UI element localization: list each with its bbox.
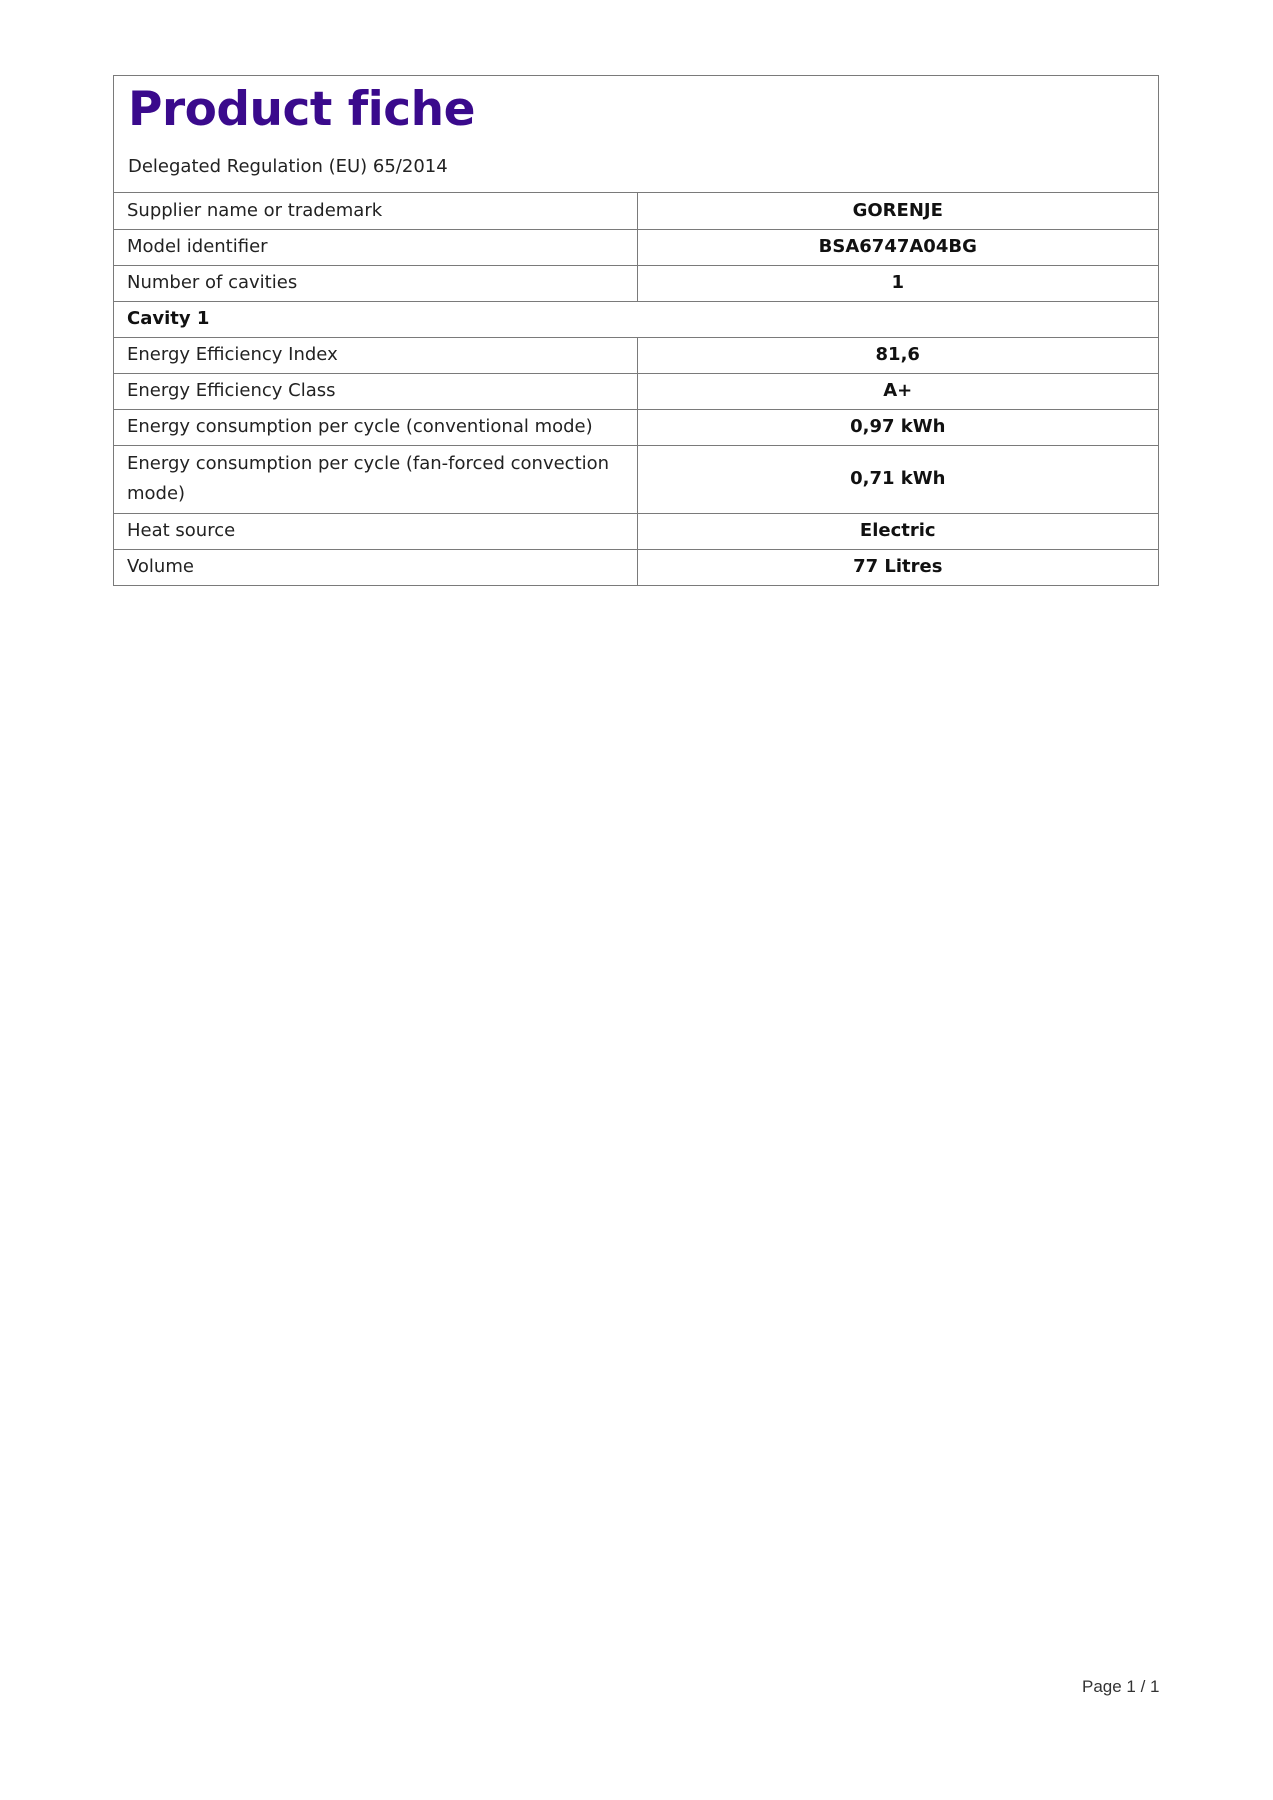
product-data-table: Supplier name or trademark GORENJE Model… — [114, 193, 1158, 585]
product-fiche-document: Product fiche Delegated Regulation (EU) … — [113, 75, 1159, 586]
row-label: Supplier name or trademark — [114, 193, 637, 229]
row-label: Energy Efficiency Class — [114, 373, 637, 409]
row-value: 77 Litres — [637, 549, 1158, 585]
row-label: Number of cavities — [114, 265, 637, 301]
row-label: Energy consumption per cycle (convention… — [114, 409, 637, 445]
row-label: Heat source — [114, 513, 637, 549]
table-row: Energy consumption per cycle (convention… — [114, 409, 1158, 445]
row-label: Energy Efficiency Index — [114, 337, 637, 373]
section-heading: Cavity 1 — [114, 301, 1158, 337]
row-value: 0,71 kWh — [637, 445, 1158, 513]
document-header: Product fiche Delegated Regulation (EU) … — [114, 76, 1158, 193]
table-row: Energy Efficiency Class A+ — [114, 373, 1158, 409]
row-value: GORENJE — [637, 193, 1158, 229]
table-row: Model identifier BSA6747A04BG — [114, 229, 1158, 265]
regulation-subtitle: Delegated Regulation (EU) 65/2014 — [128, 156, 448, 177]
section-row: Cavity 1 — [114, 301, 1158, 337]
row-label: Volume — [114, 549, 637, 585]
row-value: Electric — [637, 513, 1158, 549]
page-title: Product fiche — [128, 82, 475, 137]
row-value: A+ — [637, 373, 1158, 409]
page-number: Page 1 / 1 — [1082, 1677, 1160, 1697]
row-value: BSA6747A04BG — [637, 229, 1158, 265]
table-row: Energy consumption per cycle (fan-forced… — [114, 445, 1158, 513]
table-row: Energy Efficiency Index 81,6 — [114, 337, 1158, 373]
row-label: Energy consumption per cycle (fan-forced… — [114, 445, 637, 513]
row-value: 1 — [637, 265, 1158, 301]
table-row: Volume 77 Litres — [114, 549, 1158, 585]
row-value: 81,6 — [637, 337, 1158, 373]
row-value: 0,97 kWh — [637, 409, 1158, 445]
table-row: Number of cavities 1 — [114, 265, 1158, 301]
table-row: Heat source Electric — [114, 513, 1158, 549]
table-row: Supplier name or trademark GORENJE — [114, 193, 1158, 229]
row-label: Model identifier — [114, 229, 637, 265]
